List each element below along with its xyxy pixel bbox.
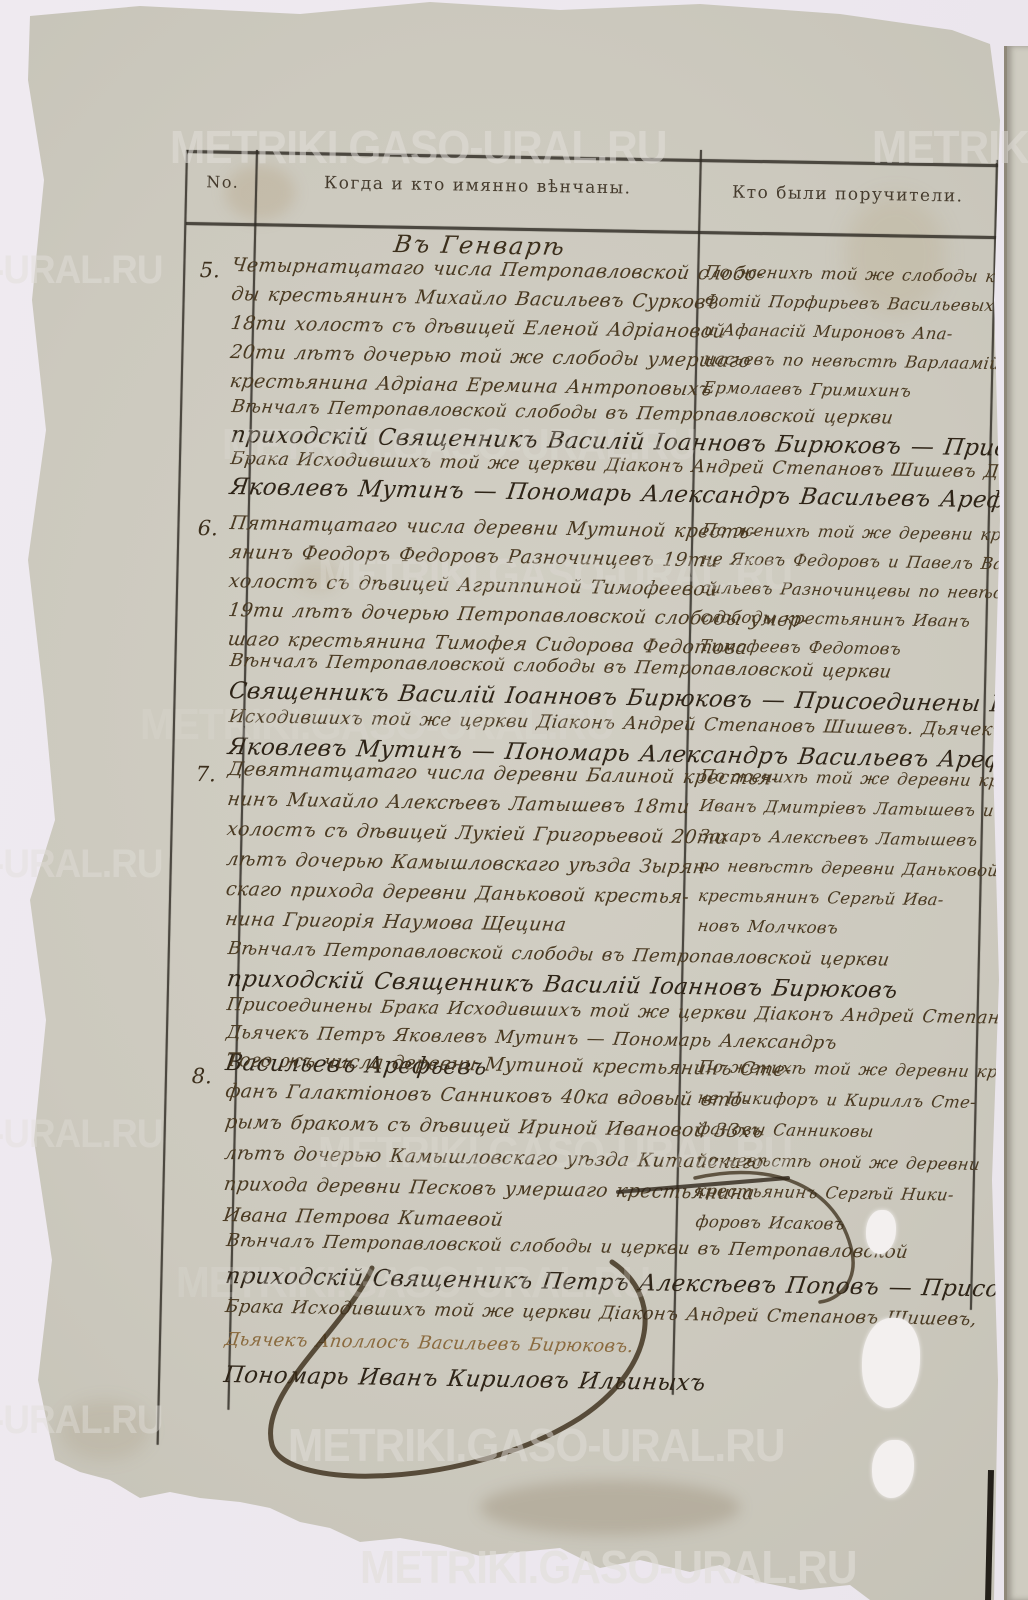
page-edge-shadow bbox=[985, 1470, 994, 1600]
entry7-guarantors-text: По женихѣ той же деревни крестьянеИванъ … bbox=[695, 766, 994, 951]
entry-number-6: 6. bbox=[198, 516, 218, 540]
entry6-marriage-text: Пятнатцатаго числа деревни Мутиной крест… bbox=[225, 512, 695, 665]
entry8-marriage-text: Того жъ числа деревни Мутиной крестьянин… bbox=[221, 1049, 694, 1243]
handwritten-line: новъ Молчковъ bbox=[695, 916, 995, 951]
entry5-guarantors-text: По женихѣ той же слободы крестьянеФотій … bbox=[700, 262, 994, 412]
paper-stain bbox=[60, 1400, 150, 1460]
header-married-label: Когда и кто имянно вѣнчаны. bbox=[262, 172, 694, 200]
header-no-label: No. bbox=[194, 172, 252, 192]
paper-damage-patch bbox=[872, 1440, 914, 1498]
entry5-marriage-text: Четырнатцатаго числа Петропавловской сло… bbox=[227, 254, 697, 407]
entry6-clergy-text: Вѣнчалъ Петропавловской слободы въ Петро… bbox=[226, 650, 988, 775]
entry7-marriage-text: Девятнатцатаго числа деревни Балиной кре… bbox=[223, 758, 694, 946]
table-top-border bbox=[186, 150, 998, 167]
entry-number-5: 5. bbox=[200, 258, 220, 282]
metric-book-page: No. Когда и кто имянно вѣнчаны. Кто были… bbox=[0, 0, 1028, 1600]
header-guarantors-label: Кто были поручители. bbox=[704, 182, 992, 207]
adjacent-page-edge bbox=[1004, 46, 1028, 1600]
table-header-bottom-border bbox=[186, 222, 998, 239]
scanned-document-stage: No. Когда и кто имянно вѣнчаны. Кто были… bbox=[0, 0, 1028, 1600]
table-left-border bbox=[157, 150, 188, 1445]
entry5-clergy-text: Вѣнчалъ Петропавловской слободы въ Петро… bbox=[228, 396, 990, 513]
month-heading: Въ Генварѣ bbox=[392, 230, 568, 261]
entry-number-7: 7. bbox=[196, 762, 216, 786]
paper-stain bbox=[480, 1480, 740, 1535]
entry8-guarantors-text: По женихѣ той же деревни крестья-не Ники… bbox=[693, 1057, 996, 1248]
entry6-guarantors-text: По женихѣ той же деревни крестья-не Яков… bbox=[697, 520, 991, 670]
entry-number-8: 8. bbox=[192, 1064, 212, 1088]
